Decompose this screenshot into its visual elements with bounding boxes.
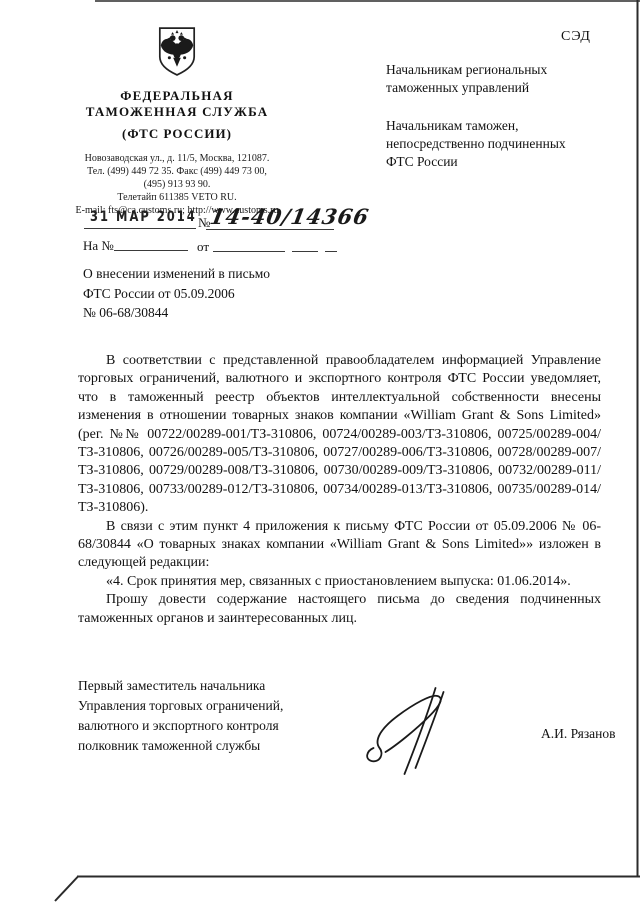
doc-system-label: СЭД xyxy=(561,29,591,45)
signatory-name: А.И. Рязанов xyxy=(541,726,616,742)
signatory-title: Первый заместитель начальника Управления… xyxy=(78,676,338,756)
body-paragraph-1: В соответствии с представленной правообл… xyxy=(78,352,601,518)
reply-date-underline xyxy=(213,251,337,252)
outgoing-date-stamp: 31 МАР 2014 xyxy=(90,208,197,225)
number-underline xyxy=(206,229,334,230)
reply-from-label: от xyxy=(197,239,209,255)
coat-of-arms-icon xyxy=(156,26,198,78)
body-paragraph-3: «4. Срок принятия мер, связанных с приос… xyxy=(78,573,601,591)
handwritten-signature-icon xyxy=(356,682,474,782)
underline-dash xyxy=(292,251,318,252)
letter-subject: О внесении изменений в письмо ФТС России… xyxy=(83,264,333,323)
scanned-letter-page: СЭД ФЕДЕРАЛЬНАЯ ТАМОЖЕННАЯ СЛУЖБА (ФТС Р xyxy=(0,0,640,905)
reply-number-underline xyxy=(114,250,188,251)
underline-dash xyxy=(325,251,337,252)
letterhead: ФЕДЕРАЛЬНАЯ ТАМОЖЕННАЯ СЛУЖБА (ФТС РОССИ… xyxy=(70,26,284,217)
letter-body: В соответствии с представленной правообл… xyxy=(78,352,601,628)
addressee-regional-directorates: Начальникам региональных таможенных упра… xyxy=(386,61,616,97)
body-paragraph-2: В связи с этим пункт 4 приложения к пись… xyxy=(78,518,601,573)
addressee-customs-houses: Начальникам таможен, непосредственно под… xyxy=(386,117,616,171)
addressee-block: Начальникам региональных таможенных упра… xyxy=(386,61,616,171)
org-name: ФЕДЕРАЛЬНАЯ ТАМОЖЕННАЯ СЛУЖБА xyxy=(70,88,284,120)
date-underline xyxy=(84,228,196,229)
outgoing-number-handwritten: 14-40/14366 xyxy=(208,204,371,229)
reply-to-number-label: На № xyxy=(83,238,114,254)
org-short-name: (ФТС РОССИИ) xyxy=(70,126,284,142)
body-paragraph-4: Прошу довести содержание настоящего пись… xyxy=(78,591,601,628)
underline-dash xyxy=(213,251,285,252)
